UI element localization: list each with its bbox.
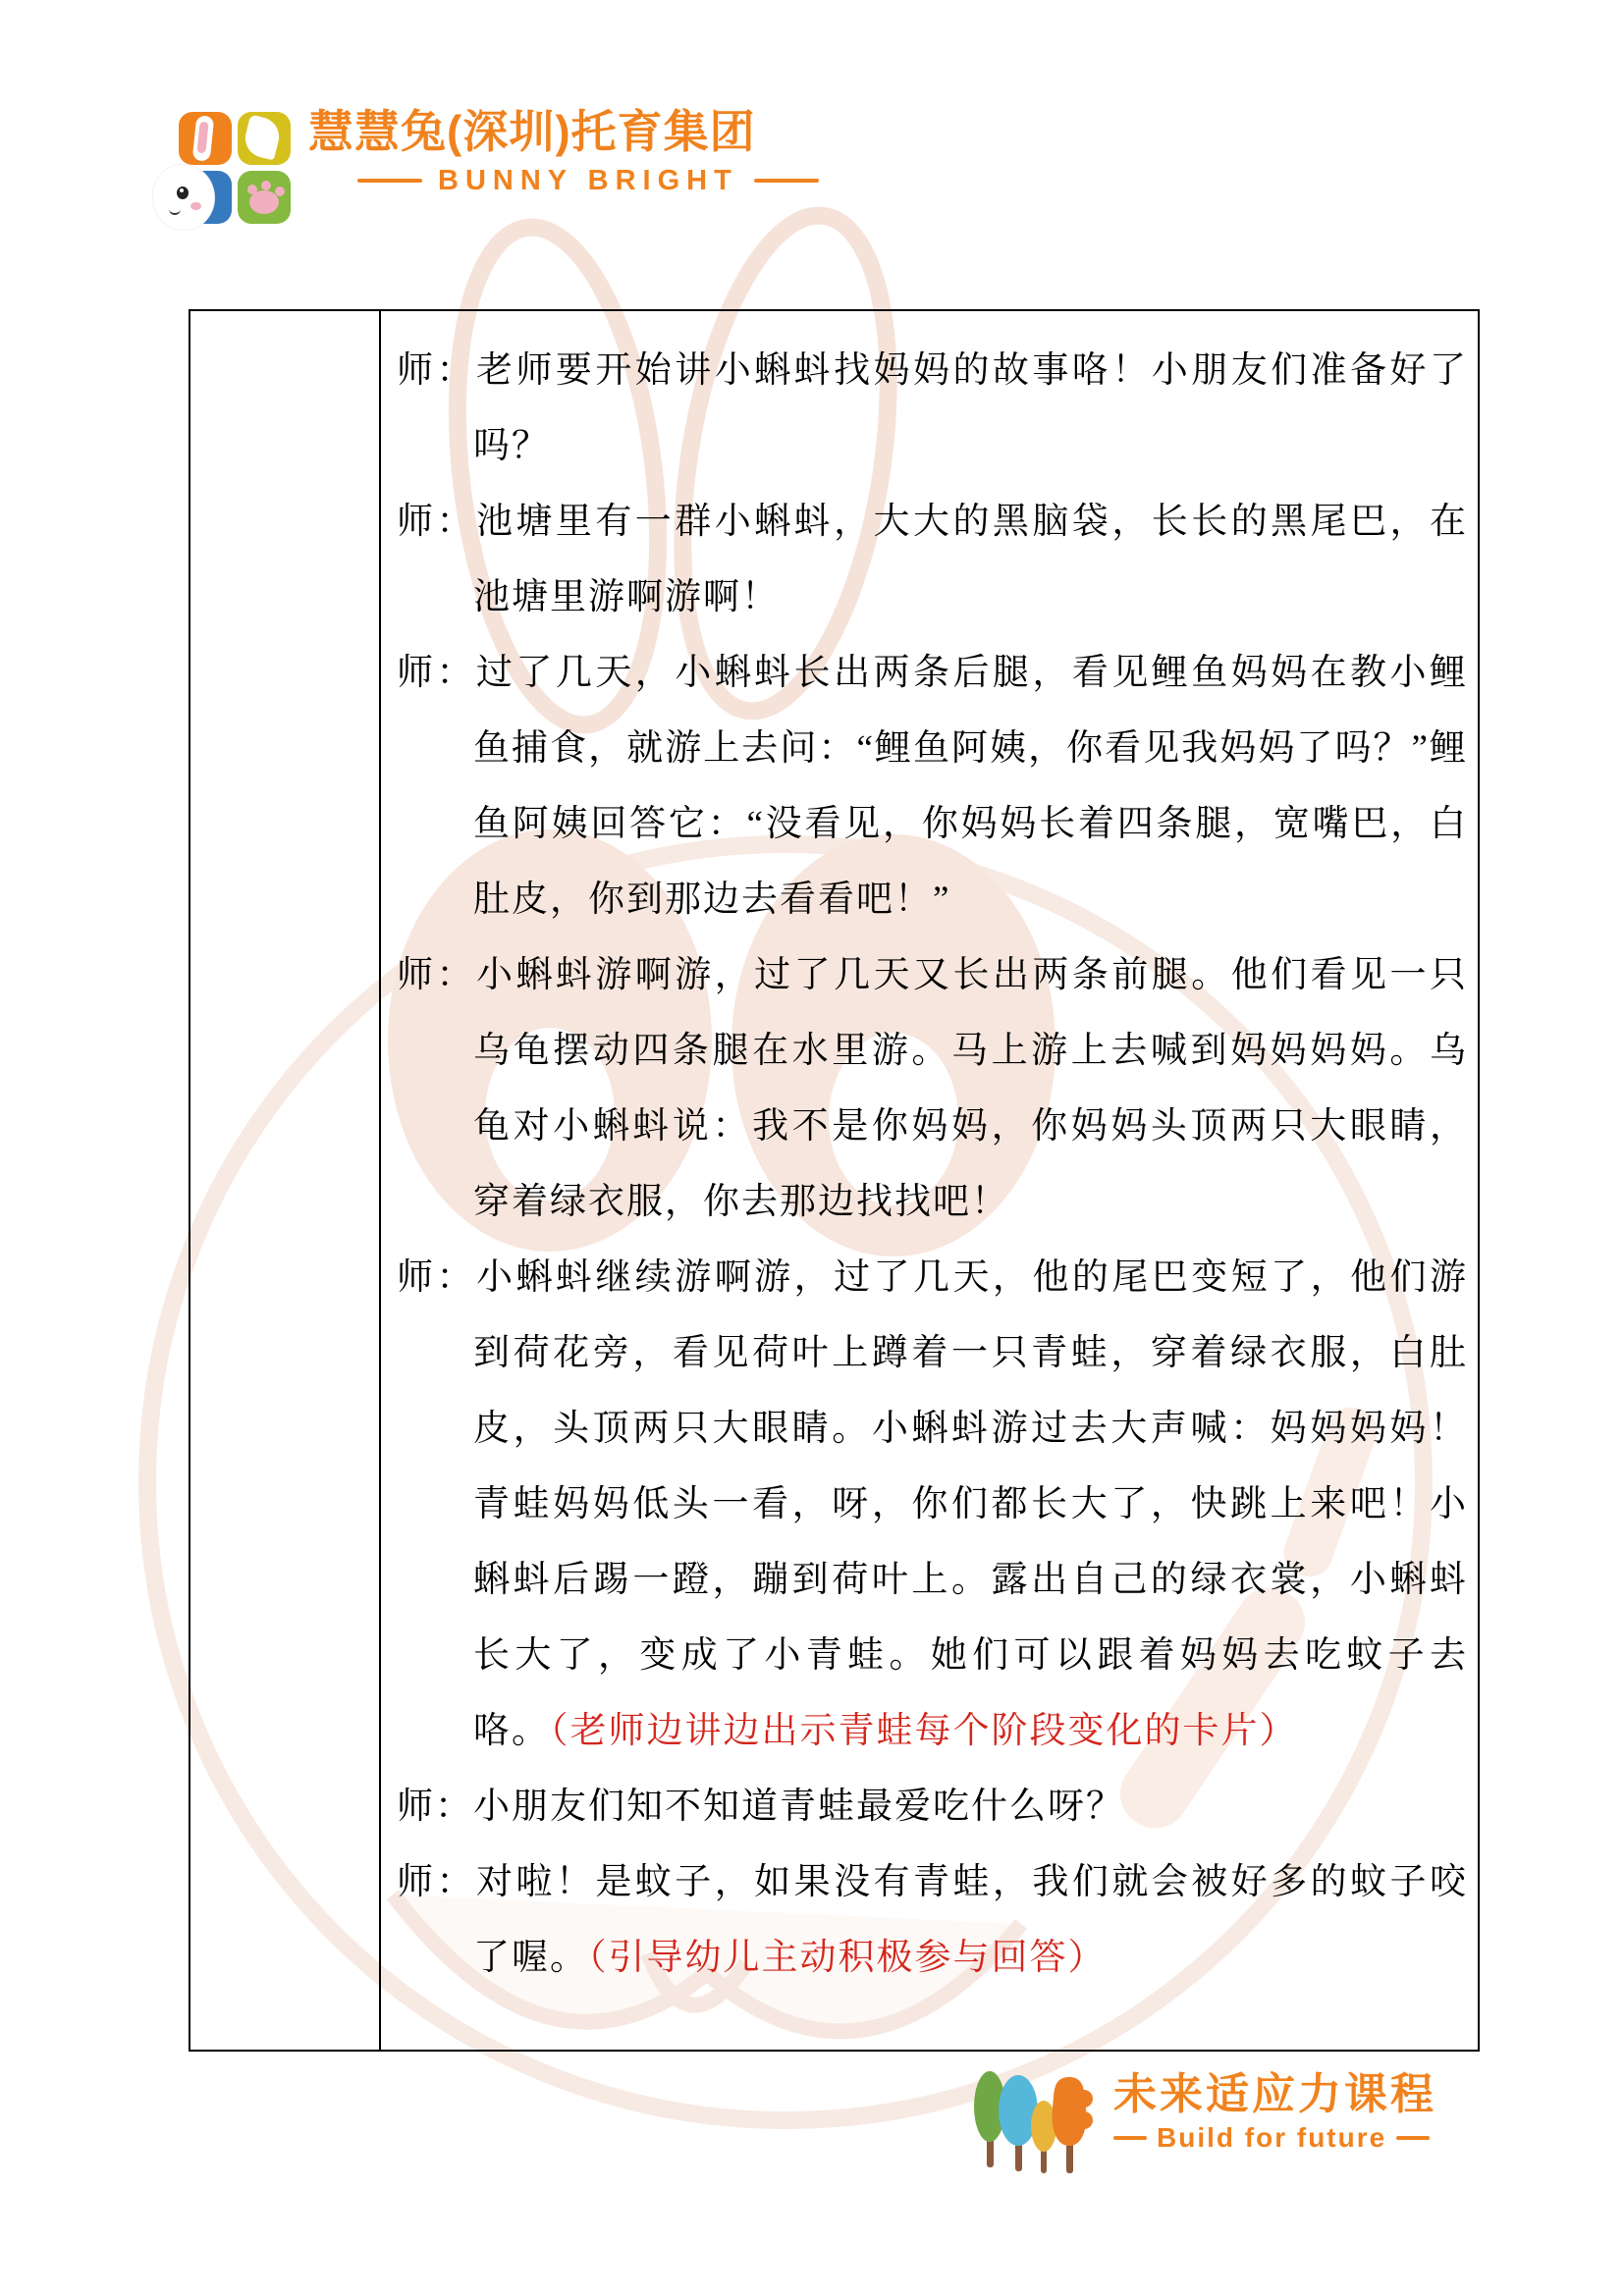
table-left-cell (190, 311, 381, 2050)
dialogue-text: 小蝌蚪游啊游，过了几天又长出两条前腿。他们看见一只乌龟摆动四条腿在水里游。马上游… (473, 955, 1468, 1222)
course-dash-right (1396, 2136, 1430, 2140)
brand-dash-right (754, 179, 819, 183)
trees-logo-icon (974, 2069, 1102, 2187)
dialogue-text: 老师要开始讲小蝌蚪找妈妈的故事咯！小朋友们准备好了吗？ (473, 350, 1468, 466)
speaker-label: 师： (397, 955, 476, 995)
dialogue-paragraph: 师：池塘里有一群小蝌蚪，大大的黑脑袋，长长的黑尾巴，在池塘里游啊游啊！ (397, 484, 1468, 635)
dialogue-paragraph: 师：老师要开始讲小蝌蚪找妈妈的故事咯！小朋友们准备好了吗？ (397, 333, 1468, 484)
speaker-label: 师： (397, 1257, 476, 1298)
speaker-label: 师： (397, 1787, 473, 1827)
dialogue-text: 过了几天，小蝌蚪长出两条后腿，看见鲤鱼妈妈在教小鲤鱼捕食，就游上去问：“鲤鱼阿姨… (473, 653, 1468, 920)
bunny-eye-icon (177, 187, 189, 199)
brand-dash-left (357, 179, 422, 183)
bunny-blush-icon (190, 202, 201, 210)
dialogue-text: 池塘里有一群小蝌蚪，大大的黑脑袋，长长的黑尾巴，在池塘里游啊游啊！ (473, 502, 1468, 617)
brand-name-english: BUNNY BRIGHT (438, 165, 738, 196)
course-dash-left (1113, 2136, 1147, 2140)
header-brand: 慧慧兔(深圳)托育集团 BUNNY BRIGHT (147, 104, 835, 241)
speaker-label: 师： (397, 502, 476, 542)
speaker-label: 师： (397, 350, 476, 391)
document-page: 慧慧兔(深圳)托育集团 BUNNY BRIGHT 师：老师要开始讲小蝌蚪找妈妈的… (0, 0, 1624, 2296)
teacher-note-red: （引导幼儿主动积极参与回答） (588, 1938, 1107, 1978)
dialogue-paragraph: 师：对啦！是蚊子，如果没有青蛙，我们就会被好多的蚊子咬了喔。（引导幼儿主动积极参… (397, 1844, 1468, 1996)
course-name-chinese: 未来适应力课程 (1113, 2069, 1436, 2120)
course-name-english: Build for future (1157, 2122, 1386, 2154)
dialogue-text: 小朋友们知不知道青蛙最爱吃什么呀？ (473, 1787, 1124, 1827)
paw-toe-icon (261, 181, 271, 190)
brand-name-chinese: 慧慧兔(深圳)托育集团 (308, 104, 835, 159)
teacher-note-red: （老师边讲边出示青蛙每个阶段变化的卡片） (550, 1711, 1298, 1751)
dialogue-text: 小蝌蚪继续游啊游，过了几天，他的尾巴变短了，他们游到荷花旁，看见荷叶上蹲着一只青… (473, 1257, 1468, 1751)
bunny-bright-logo-icon (147, 104, 295, 241)
dialogue-paragraph: 师：过了几天，小蝌蚪长出两条后腿，看见鲤鱼妈妈在教小鲤鱼捕食，就游上去问：“鲤鱼… (397, 635, 1468, 937)
lesson-table: 师：老师要开始讲小蝌蚪找妈妈的故事咯！小朋友们准备好了吗？师：池塘里有一群小蝌蚪… (189, 309, 1480, 2052)
dialogue-paragraph: 师：小蝌蚪继续游啊游，过了几天，他的尾巴变短了，他们游到荷花旁，看见荷叶上蹲着一… (397, 1240, 1468, 1769)
speaker-label: 师： (397, 653, 476, 693)
dialogue-cell: 师：老师要开始讲小蝌蚪找妈妈的故事咯！小朋友们准备好了吗？师：池塘里有一群小蝌蚪… (381, 311, 1478, 2050)
dialogue-paragraph: 师：小蝌蚪游啊游，过了几天又长出两条前腿。他们看见一只乌龟摆动四条腿在水里游。马… (397, 937, 1468, 1240)
footer-brand: 未来适应力课程 Build for future (974, 2069, 1436, 2187)
speaker-label: 师： (397, 1862, 476, 1902)
dialogue-paragraph: 师：小朋友们知不知道青蛙最爱吃什么呀？ (397, 1769, 1468, 1844)
paw-toe-icon (275, 187, 285, 196)
paw-toe-icon (247, 185, 257, 194)
